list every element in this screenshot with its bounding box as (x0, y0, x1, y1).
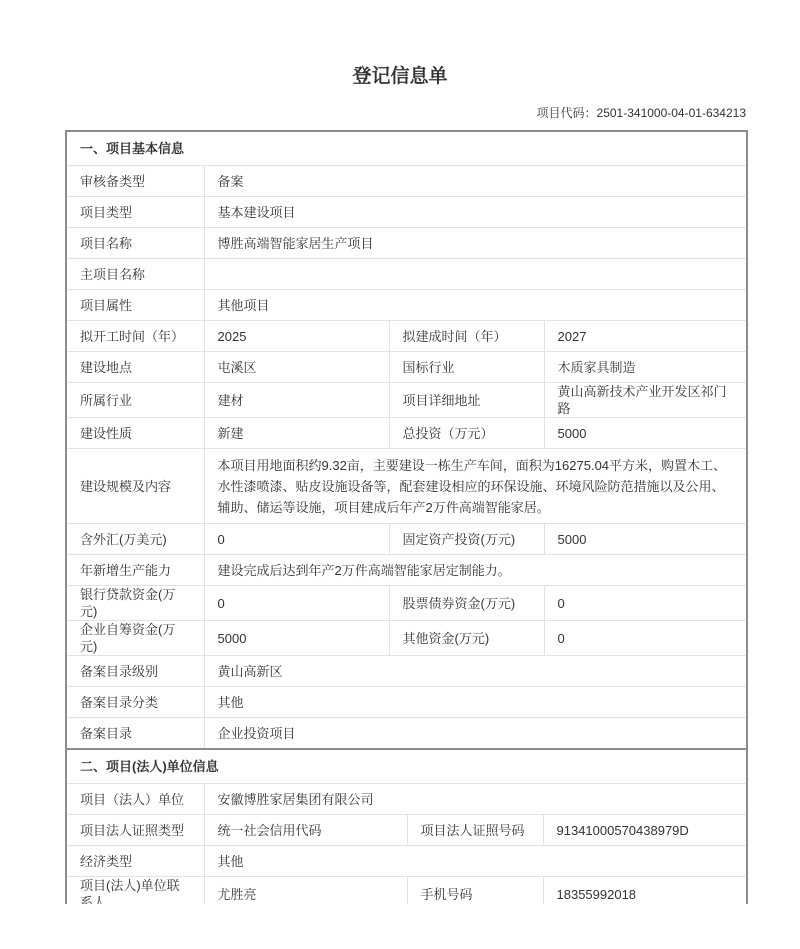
field-label: 备案目录 (66, 718, 204, 750)
field-value: 博胜高端智能家居生产项目 (204, 228, 747, 259)
table-row: 含外汇(万美元) 0 固定资产投资(万元) 5000 (66, 524, 747, 555)
field-label: 审核备类型 (66, 166, 204, 197)
field-value: 5000 (544, 418, 747, 449)
field-label: 企业自筹资金(万元) (66, 621, 204, 656)
field-value: 屯溪区 (204, 352, 389, 383)
field-label: 项目法人证照号码 (407, 815, 543, 846)
field-label: 股票债券资金(万元) (389, 586, 544, 621)
field-value: 其他 (204, 687, 747, 718)
section-basic-info-table: 一、项目基本信息 审核备类型 备案 项目类型 基本建设项目 项目名称 博胜高端智… (65, 130, 748, 750)
table-row: 项目类型 基本建设项目 (66, 197, 747, 228)
field-value (204, 259, 747, 290)
field-value: 91341000570438979D (543, 815, 747, 846)
field-value: 备案 (204, 166, 747, 197)
field-label: 项目详细地址 (389, 383, 544, 418)
table-row: 拟开工时间（年） 2025 拟建成时间（年） 2027 (66, 321, 747, 352)
table-row: 建设规模及内容 本项目用地面积约9.32亩，主要建设一栋生产车间，面积为1627… (66, 449, 747, 524)
field-label: 其他资金(万元) (389, 621, 544, 656)
field-label: 项目（法人）单位 (66, 784, 204, 815)
table-row: 建设性质 新建 总投资（万元） 5000 (66, 418, 747, 449)
field-value: 建设完成后达到年产2万件高端智能家居定制能力。 (204, 555, 747, 586)
document-body: 项目代码：2501-341000-04-01-634213 一、项目基本信息 审… (65, 106, 746, 904)
table-row: 项目法人证照类型 统一社会信用代码 项目法人证照号码 9134100057043… (66, 815, 747, 846)
field-value: 5000 (204, 621, 389, 656)
field-label: 项目法人证照类型 (66, 815, 204, 846)
field-value: 0 (544, 586, 747, 621)
field-value: 统一社会信用代码 (204, 815, 407, 846)
field-label: 项目(法人)单位联系人 (66, 877, 204, 905)
table-row: 企业自筹资金(万元) 5000 其他资金(万元) 0 (66, 621, 747, 656)
field-value: 安徽博胜家居集团有限公司 (204, 784, 747, 815)
field-value: 尤胜亮 (204, 877, 407, 905)
table-row: 审核备类型 备案 (66, 166, 747, 197)
field-label: 经济类型 (66, 846, 204, 877)
table-row: 年新增生产能力 建设完成后达到年产2万件高端智能家居定制能力。 (66, 555, 747, 586)
field-label: 建设地点 (66, 352, 204, 383)
field-label: 国标行业 (389, 352, 544, 383)
field-label: 建设规模及内容 (66, 449, 204, 524)
field-label: 银行贷款资金(万元) (66, 586, 204, 621)
table-row: 项目（法人）单位 安徽博胜家居集团有限公司 (66, 784, 747, 815)
table-row: 项目属性 其他项目 (66, 290, 747, 321)
field-value: 其他 (204, 846, 747, 877)
field-label: 项目属性 (66, 290, 204, 321)
field-value: 其他项目 (204, 290, 747, 321)
table-row: 建设地点 屯溪区 国标行业 木质家具制造 (66, 352, 747, 383)
field-label: 拟开工时间（年） (66, 321, 204, 352)
field-label: 含外汇(万美元) (66, 524, 204, 555)
field-label: 所属行业 (66, 383, 204, 418)
field-value: 本项目用地面积约9.32亩，主要建设一栋生产车间，面积为16275.04平方米，… (204, 449, 747, 524)
field-label: 项目名称 (66, 228, 204, 259)
field-label: 建设性质 (66, 418, 204, 449)
field-value: 0 (204, 586, 389, 621)
field-label: 手机号码 (407, 877, 543, 905)
table-row: 主项目名称 (66, 259, 747, 290)
field-label: 项目类型 (66, 197, 204, 228)
field-value: 基本建设项目 (204, 197, 747, 228)
field-value: 5000 (544, 524, 747, 555)
field-value: 18355992018 (543, 877, 747, 905)
table-row: 备案目录级别 黄山高新区 (66, 656, 747, 687)
field-value: 新建 (204, 418, 389, 449)
field-label: 固定资产投资(万元) (389, 524, 544, 555)
table-row: 项目(法人)单位联系人 尤胜亮 手机号码 18355992018 (66, 877, 747, 905)
table-row: 银行贷款资金(万元) 0 股票债券资金(万元) 0 (66, 586, 747, 621)
section-header: 二、项目(法人)单位信息 (66, 749, 747, 784)
project-code: 项目代码：2501-341000-04-01-634213 (65, 106, 746, 120)
section-legal-entity-table: 二、项目(法人)单位信息 项目（法人）单位 安徽博胜家居集团有限公司 项目法人证… (65, 748, 748, 904)
field-label: 主项目名称 (66, 259, 204, 290)
field-label: 总投资（万元） (389, 418, 544, 449)
field-label: 拟建成时间（年） (389, 321, 544, 352)
field-label: 备案目录级别 (66, 656, 204, 687)
table-row: 项目名称 博胜高端智能家居生产项目 (66, 228, 747, 259)
field-value: 建材 (204, 383, 389, 418)
field-value: 0 (204, 524, 389, 555)
document-viewport: 登记信息单 项目代码：2501-341000-04-01-634213 一、项目… (0, 0, 800, 904)
field-value: 2027 (544, 321, 747, 352)
field-label: 备案目录分类 (66, 687, 204, 718)
field-value: 企业投资项目 (204, 718, 747, 750)
section-header-row: 二、项目(法人)单位信息 (66, 749, 747, 784)
field-value: 黄山高新区 (204, 656, 747, 687)
field-value: 2025 (204, 321, 389, 352)
field-value: 0 (544, 621, 747, 656)
table-row: 所属行业 建材 项目详细地址 黄山高新技术产业开发区祁门路 (66, 383, 747, 418)
table-row: 备案目录 企业投资项目 (66, 718, 747, 750)
section-header-row: 一、项目基本信息 (66, 131, 747, 166)
page-title: 登记信息单 (0, 64, 800, 90)
field-value: 黄山高新技术产业开发区祁门路 (544, 383, 747, 418)
table-row: 经济类型 其他 (66, 846, 747, 877)
section-header: 一、项目基本信息 (66, 131, 747, 166)
table-row: 备案目录分类 其他 (66, 687, 747, 718)
field-label: 年新增生产能力 (66, 555, 204, 586)
field-value: 木质家具制造 (544, 352, 747, 383)
